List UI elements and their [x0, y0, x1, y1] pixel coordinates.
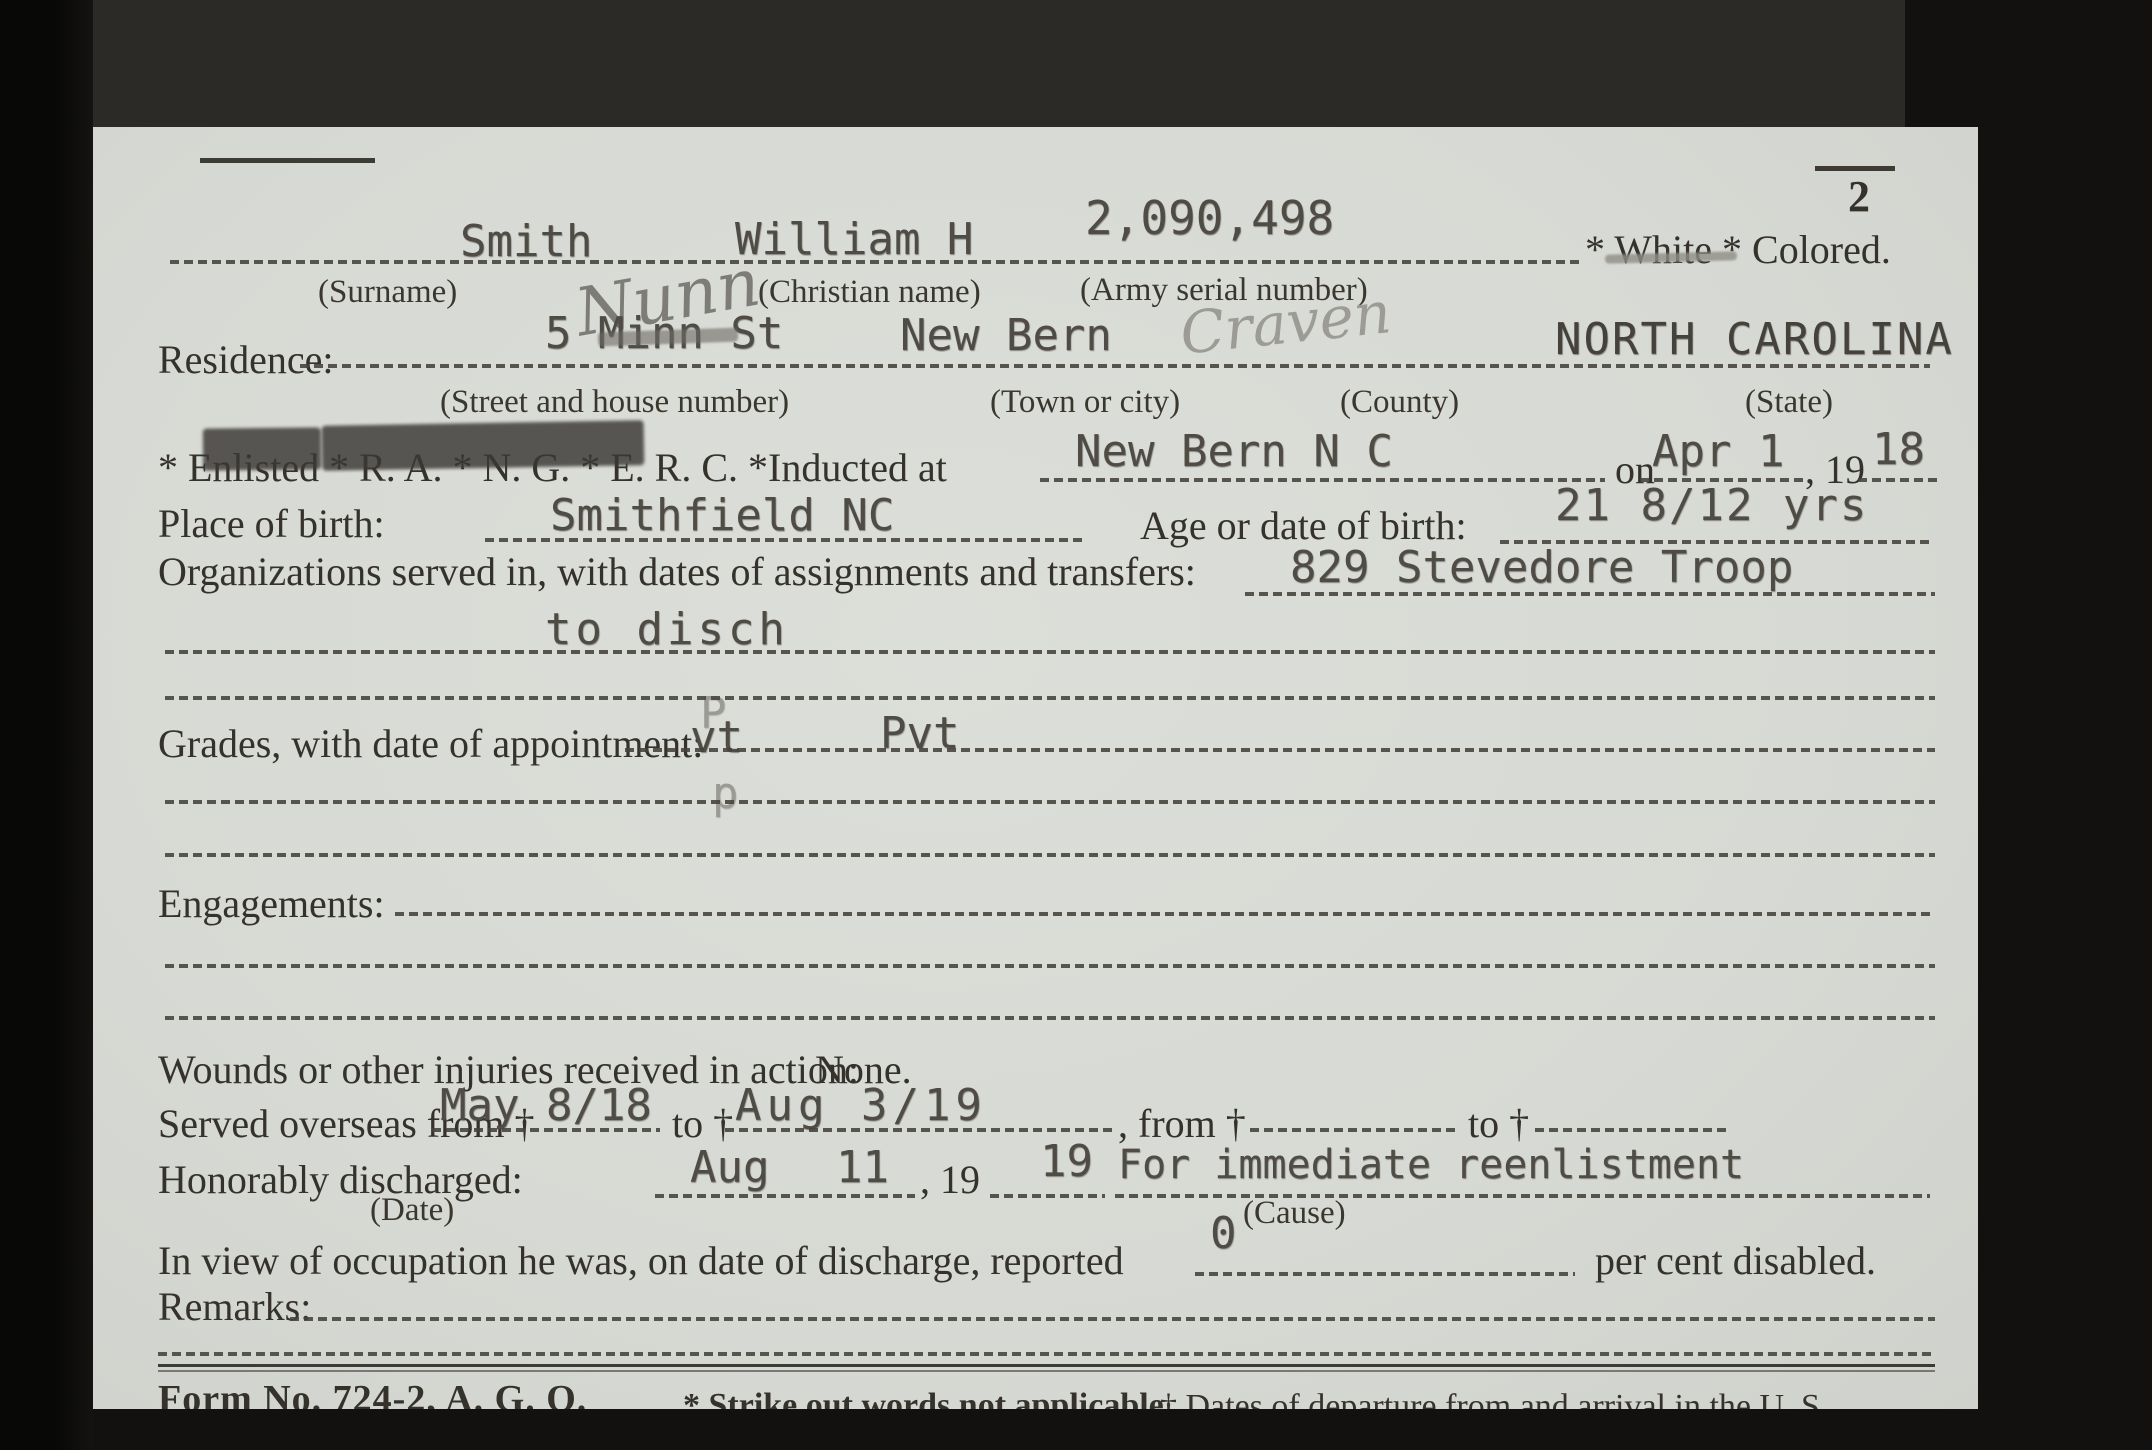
serial-number-value: 2,090,498: [1085, 191, 1334, 245]
residence-line: [300, 364, 1930, 368]
remarks-line: [290, 1317, 1935, 1321]
residence-label: Residence:: [158, 336, 334, 383]
grades-line: [625, 748, 1935, 752]
footer-rule-2: [158, 1370, 1935, 1372]
name-line: [170, 260, 1580, 264]
grades-label: Grades, with date of appointment:: [158, 720, 703, 767]
inducted-place-value: New Bern N C: [1075, 426, 1393, 477]
grades-stray-below: p: [712, 768, 739, 819]
disabled-suffix-label: per cent disabled.: [1595, 1237, 1876, 1284]
disabled-value: 0: [1210, 1208, 1237, 1259]
organizations-continuation-value: to disch: [545, 604, 789, 655]
form-number: Form No. 724-2, A. G. O.: [158, 1377, 587, 1409]
engagements-label: Engagements:: [158, 880, 385, 927]
overseas-from-value: May 8/18: [440, 1080, 652, 1131]
overseas-to-line: [725, 1128, 1115, 1132]
overseas-from2-line: [1250, 1128, 1455, 1132]
remarks-label: Remarks:: [158, 1283, 311, 1330]
service-record-card: 2 Smith William H 2,090,498 * White * Co…: [93, 127, 1978, 1409]
disabled-label: In view of occupation he was, on date of…: [158, 1237, 1124, 1284]
christian-name-label: (Christian name): [758, 274, 981, 311]
page-number: 2: [1848, 171, 1870, 222]
dates-note: † Dates of departure from and arrival in…: [1160, 1388, 1828, 1409]
blank-line-4: [165, 964, 1935, 968]
discharge-date-value: Aug 11: [690, 1142, 889, 1193]
race-colored-option: * Colored.: [1722, 227, 1891, 272]
town-value: New Bern: [900, 310, 1112, 361]
overseas-to2-line: [1535, 1128, 1730, 1132]
county-label: (County): [1340, 384, 1459, 421]
discharge-cause-sublabel: (Cause): [1243, 1195, 1346, 1232]
organizations-continuation-line: [165, 650, 1935, 654]
disabled-line: [1195, 1272, 1575, 1276]
discharge-date-line: [655, 1194, 915, 1198]
options-strikeout-smudge: [322, 420, 645, 471]
engagements-line: [395, 912, 1935, 916]
birth-place-label: Place of birth:: [158, 500, 385, 547]
inducted-place-line: [1040, 478, 1605, 482]
blank-line-5: [165, 1016, 1935, 1020]
discharge-cause-value: For immediate reenlistment: [1118, 1142, 1744, 1188]
overseas-to2-label: to †: [1468, 1100, 1529, 1147]
street-label: (Street and house number): [440, 384, 789, 421]
christian-name-value: William H: [735, 214, 973, 265]
discharge-date-sublabel: (Date): [370, 1192, 454, 1229]
scanned-service-card-page: 2 Smith William H 2,090,498 * White * Co…: [0, 0, 2152, 1450]
overseas-to-value: Aug 3/19: [735, 1080, 987, 1131]
discharge-year-value: 19: [1040, 1136, 1093, 1187]
race-white-option: * White: [1585, 227, 1712, 272]
scan-background-left: [0, 0, 93, 1450]
overseas-to-label: to †: [672, 1100, 733, 1147]
birth-place-value: Smithfield NC: [550, 490, 894, 541]
footer-rule-1: [158, 1364, 1935, 1367]
bottom-blank-line: [158, 1352, 1935, 1356]
discharge-cause-line: [1115, 1194, 1930, 1198]
state-label: (State): [1745, 384, 1833, 421]
induction-date-value: Apr 1: [1652, 426, 1784, 477]
discharge-year-prefix: , 19: [920, 1156, 980, 1203]
state-value: NORTH CAROLINA: [1555, 314, 1954, 365]
overseas-from2-label: , from †: [1118, 1100, 1246, 1147]
strike-note: * Strike out words not applicable.: [683, 1387, 1172, 1409]
discharge-label: Honorably discharged:: [158, 1156, 523, 1203]
induction-year-line: [1858, 478, 1938, 482]
age-value: 21 8/12 yrs: [1555, 480, 1868, 531]
organizations-label: Organizations served in, with dates of a…: [158, 548, 1196, 595]
organizations-value: 829 Stevedore Troop: [1290, 542, 1793, 593]
blank-line-1: [165, 696, 1935, 700]
induction-year-value: 18: [1872, 424, 1925, 475]
grades-value-1: vt: [690, 712, 743, 763]
surname-label: (Surname): [318, 274, 457, 311]
scan-background-top: [90, 0, 1905, 130]
town-label: (Town or city): [990, 384, 1180, 421]
organizations-line: [1245, 592, 1935, 596]
birth-place-line: [485, 538, 1085, 542]
enlisted-strikeout-smudge: [203, 427, 321, 470]
overseas-from-line: [432, 1128, 660, 1132]
top-left-mark: [200, 158, 375, 163]
discharge-year-line: [990, 1194, 1105, 1198]
blank-line-2: [165, 800, 1935, 804]
blank-line-3: [165, 853, 1935, 857]
